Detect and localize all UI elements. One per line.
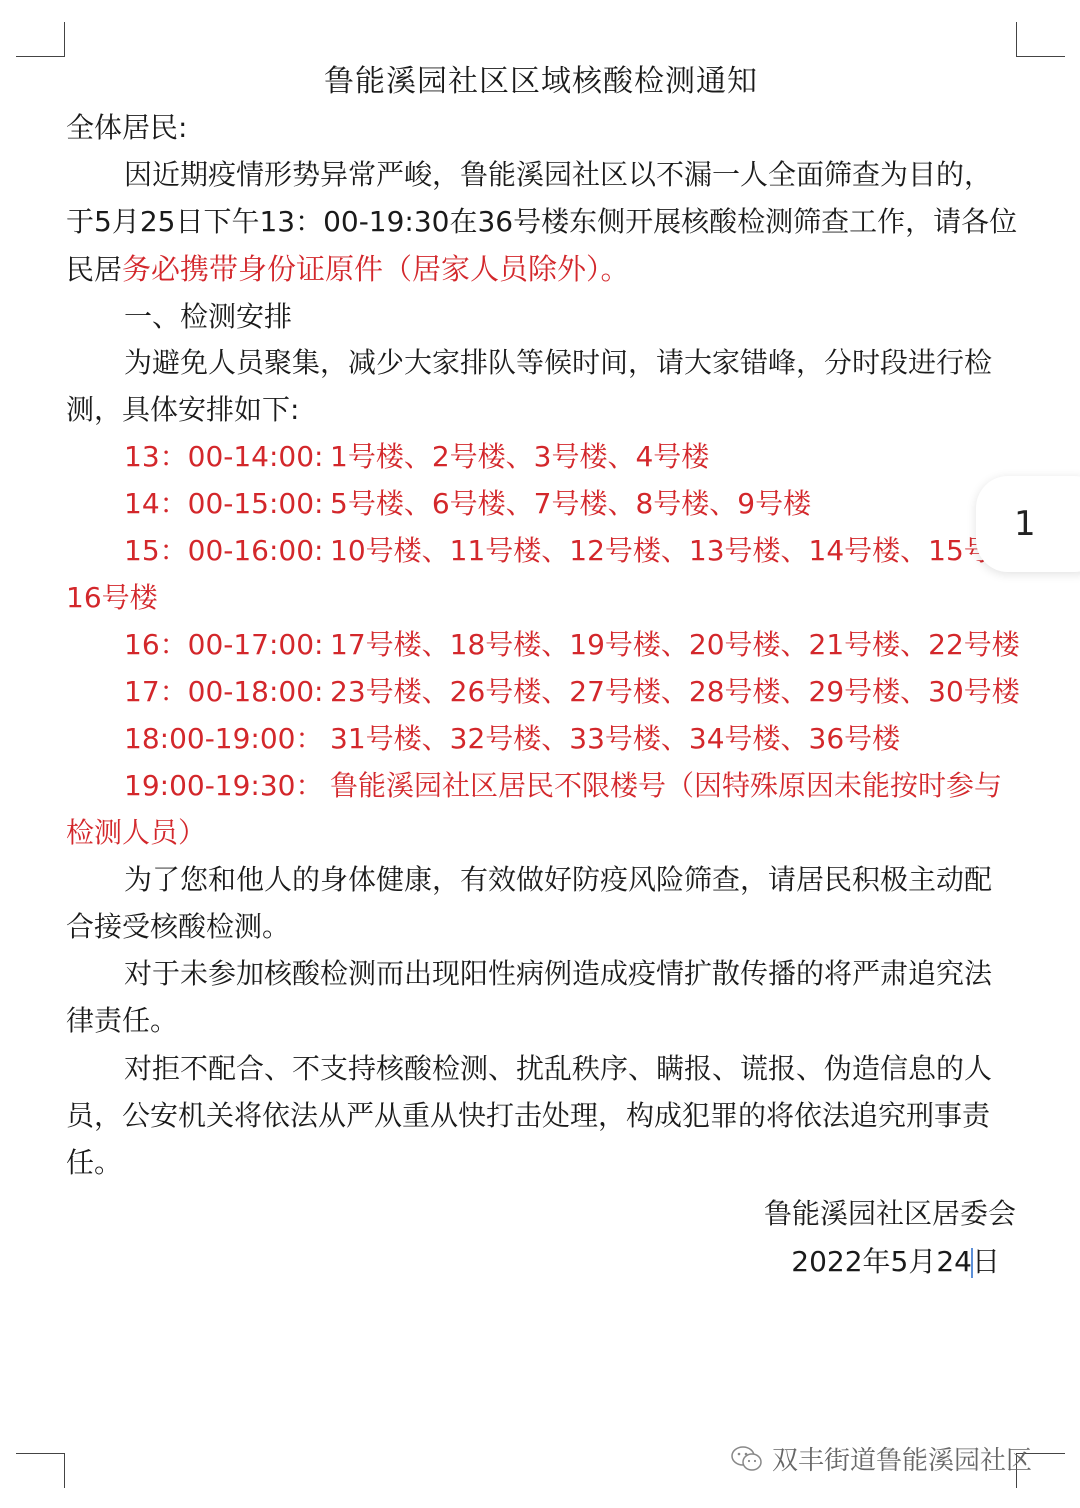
section-heading-schedule: 一、检测安排 [66,297,292,337]
intro-line-2: 于5月25日下午13：00-19:30在36号楼东侧开展核酸检测筛查工作，请各位 [66,202,1017,242]
section-text-line-1: 为避免人员聚集，减少大家排队等候时间，请大家错峰，分时段进行检 [66,343,992,383]
police-paragraph-line-2: 员，公安机关将依法从严从重从快打击处理，构成犯罪的将依法追究刑事责 [66,1096,990,1136]
date-text: 2022年5月24 [791,1245,972,1278]
schedule-time: 17：00-18:00: [124,672,330,712]
police-paragraph-line-1: 对拒不配合、不支持核酸检测、扰乱秩序、瞒报、谎报、伪造信息的人 [66,1049,992,1089]
date-text-suffix: 日 [972,1245,1000,1278]
intro-line-3: 民居务必携带身份证原件（居家人员除外）。 [66,249,630,289]
section-text-line-2: 测，具体安排如下: [66,390,299,430]
liability-paragraph-line-1: 对于未参加核酸检测而出现阳性病例造成疫情扩散传播的将严肃追究法 [66,954,992,994]
schedule-row: 18:00-19:00：31号楼、32号楼、33号楼、34号楼、36号楼 [66,719,900,759]
page-corner-mark-bottom-left [16,1453,65,1488]
schedule-time: 16：00-17:00: [124,625,330,665]
schedule-time: 13：00-14:00: [124,437,330,477]
schedule-row: 16：00-17:00:17号楼、18号楼、19号楼、20号楼、21号楼、22号… [66,625,1020,665]
schedule-row: 15：00-16:00:10号楼、11号楼、12号楼、13号楼、14号楼、15号… [66,531,1048,571]
intro-line-1: 因近期疫情形势异常严峻，鲁能溪园社区以不漏一人全面筛查为目的， [66,155,992,195]
schedule-time: 15：00-16:00: [124,531,330,571]
schedule-row-continuation: 检测人员） [66,813,206,853]
intro-line-3-prefix: 民居 [66,253,122,286]
schedule-buildings: 5号楼、6号楼、7号楼、8号楼、9号楼 [330,487,811,520]
schedule-time: 19:00-19:30： [124,766,330,806]
schedule-time: 18:00-19:00： [124,719,330,759]
schedule-row: 13：00-14:00:1号楼、2号楼、3号楼、4号楼 [66,437,709,477]
wechat-icon [730,1444,764,1474]
schedule-buildings: 17号楼、18号楼、19号楼、20号楼、21号楼、22号楼 [330,628,1020,661]
watermark: 双丰街道鲁能溪园社区 [730,1440,1032,1477]
document-title: 鲁能溪园社区区域核酸检测通知 [66,56,1016,100]
page-corner-mark-top-right [1016,22,1065,57]
schedule-buildings: 10号楼、11号楼、12号楼、13号楼、14号楼、15号楼、 [330,534,1048,567]
signature-organization: 鲁能溪园社区居委会 [764,1192,1016,1232]
liability-paragraph-line-2: 律责任。 [66,1001,178,1041]
schedule-buildings: 23号楼、26号楼、27号楼、28号楼、29号楼、30号楼 [330,675,1020,708]
signature-date[interactable]: 2022年5月24日 [791,1240,1000,1280]
health-paragraph-line-2: 合接受核酸检测。 [66,907,290,947]
id-card-requirement: 务必携带身份证原件（居家人员除外）。 [122,252,630,286]
police-paragraph-line-3: 任。 [66,1143,122,1183]
schedule-buildings: 31号楼、32号楼、33号楼、34号楼、36号楼 [330,722,900,755]
schedule-buildings: 鲁能溪园社区居民不限楼号（因特殊原因未能按时参与 [330,769,1002,802]
schedule-row: 14：00-15:00:5号楼、6号楼、7号楼、8号楼、9号楼 [66,484,811,524]
schedule-row: 17：00-18:00:23号楼、26号楼、27号楼、28号楼、29号楼、30号… [66,672,1020,712]
schedule-row-continuation: 16号楼 [66,578,158,618]
schedule-row: 19:00-19:30：鲁能溪园社区居民不限楼号（因特殊原因未能按时参与 [66,766,1002,806]
page-corner-mark-top-left [16,22,65,57]
schedule-buildings: 1号楼、2号楼、3号楼、4号楼 [330,440,709,473]
health-paragraph-line-1: 为了您和他人的身体健康，有效做好防疫风险筛查，请居民积极主动配 [66,860,992,900]
watermark-text: 双丰街道鲁能溪园社区 [772,1440,1032,1477]
salutation: 全体居民: [66,108,187,148]
schedule-time: 14：00-15:00: [124,484,330,524]
page-indicator[interactable]: 1 [976,476,1080,572]
